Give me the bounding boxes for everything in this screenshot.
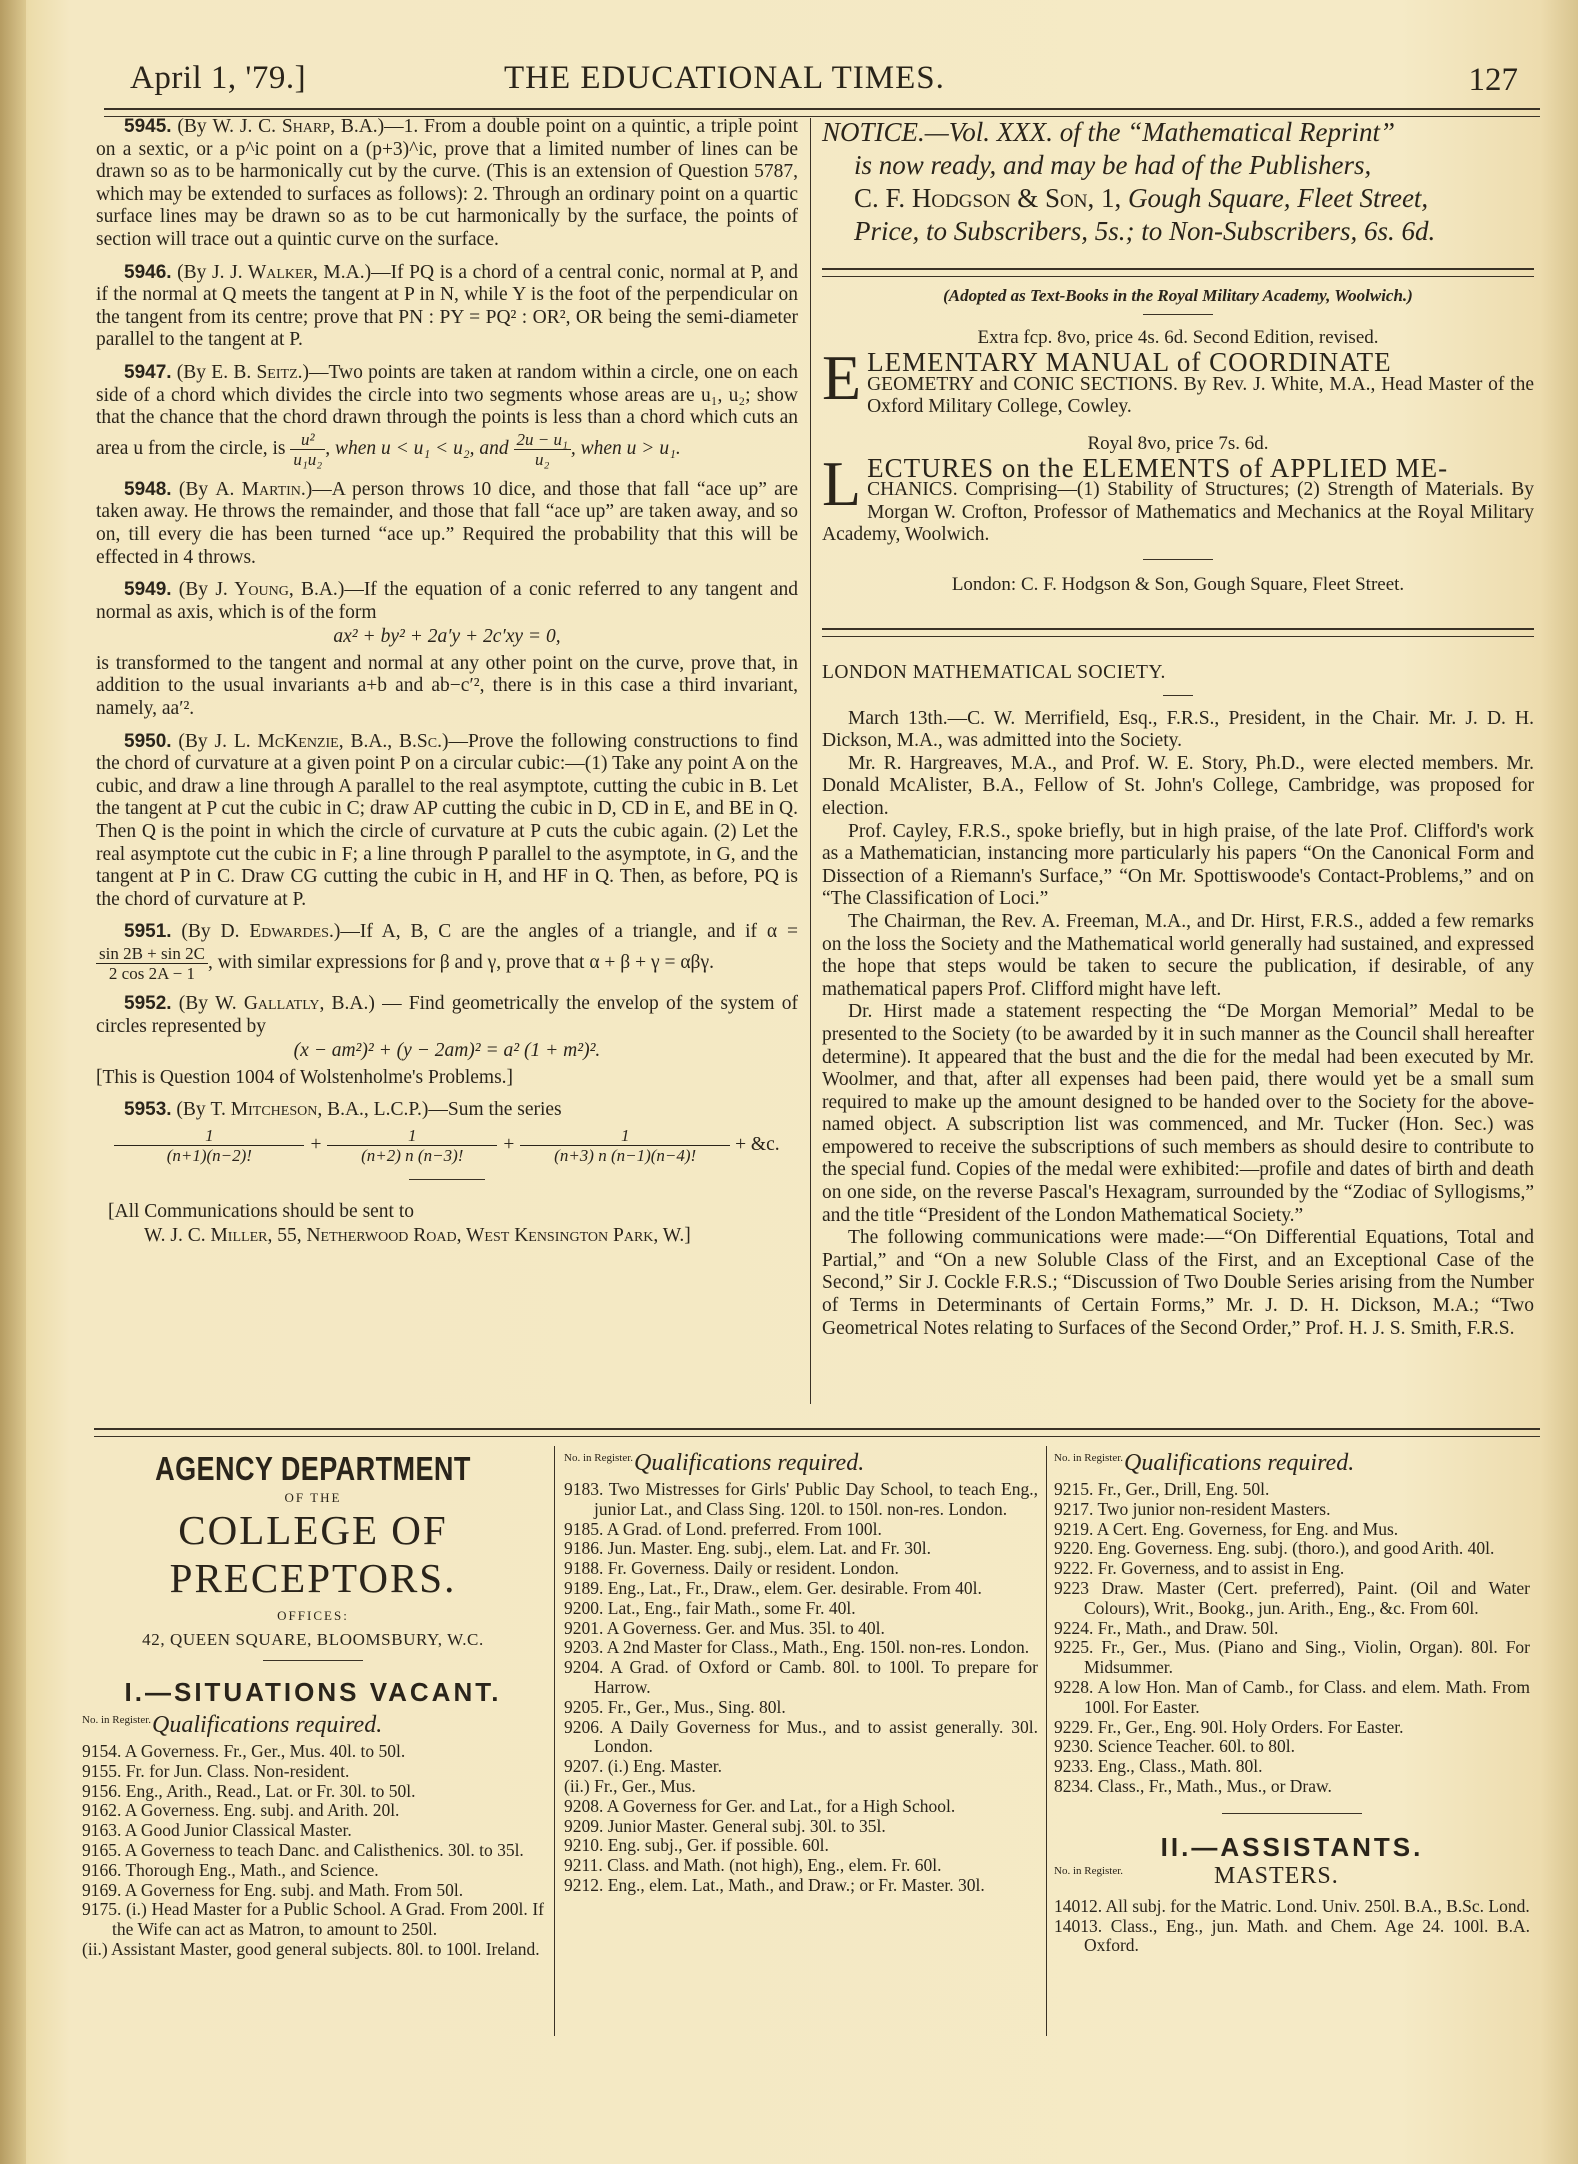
register-number: 9165. xyxy=(82,1840,121,1860)
publisher-line: London: C. F. Hodgson & Son, Gough Squar… xyxy=(822,574,1534,596)
list-item: 9162. A Governess. Eng. subj. and Arith.… xyxy=(82,1801,544,1821)
list-item: (ii.) Fr., Ger., Mus. xyxy=(564,1777,1038,1797)
qualification-text: A Governess. Ger. and Mus. 35l. to 40l. xyxy=(607,1618,885,1638)
qualification-text: A Grad. of Oxford or Camb. 80l. to 100l.… xyxy=(594,1657,1038,1697)
list-item: (ii.) Assistant Master, good general sub… xyxy=(82,1940,544,1960)
publication-title: THE EDUCATIONAL TIMES. xyxy=(504,60,945,97)
register-number: 9225. xyxy=(1054,1637,1093,1657)
list-item: 9201. A Governess. Ger. and Mus. 35l. to… xyxy=(564,1619,1038,1639)
list-item: 9217. Two junior non-resident Masters. xyxy=(1054,1500,1530,1520)
college-address: 42, QUEEN SQUARE, BLOOMSBURY, W.C. xyxy=(82,1630,544,1650)
qualification-text: Fr. for Jun. Class. Non-resident. xyxy=(126,1761,350,1781)
list-item: 9189. Eng., Lat., Fr., Draw., elem. Ger.… xyxy=(564,1579,1038,1599)
lms-paragraph: The Chairman, the Rev. A. Freeman, M.A.,… xyxy=(822,911,1534,1001)
qualification-text: (ii.) Assistant Master, good general sub… xyxy=(82,1939,540,1959)
list-item: 9207. (i.) Eng. Master. xyxy=(564,1757,1038,1777)
list-item: 9211. Class. and Math. (not high), Eng.,… xyxy=(564,1856,1038,1876)
register-number: 14012. xyxy=(1054,1896,1102,1916)
question-number: 5945. xyxy=(96,116,172,137)
column-header: No. in Register. Qualifications required… xyxy=(82,1712,544,1742)
list-item: 9188. Fr. Governess. Daily or resident. … xyxy=(564,1559,1038,1579)
book1-title: LEMENTARY MANUAL of COORDINATE xyxy=(822,351,1534,374)
list-item: 9206. A Daily Governess for Mus., and to… xyxy=(564,1718,1038,1758)
qualification-text: Fr. Governess, and to assist in Eng. xyxy=(1098,1558,1344,1578)
qualification-text: A Governess for Eng. subj. and Math. Fro… xyxy=(125,1880,463,1900)
list-item: 9205. Fr., Ger., Mus., Sing. 80l. xyxy=(564,1698,1038,1718)
list-item: 9210. Eng. subj., Ger. if possible. 60l. xyxy=(564,1836,1038,1856)
question-5951: 5951. (By D. Edwardes.)—If A, B, C are t… xyxy=(96,921,798,983)
qualification-text: Thorough Eng., Math., and Science. xyxy=(125,1860,378,1880)
masters-heading: MASTERS. xyxy=(1214,1863,1339,1890)
qualification-text: Eng. Governess. Eng. subj. (thoro.), and… xyxy=(1098,1538,1495,1558)
list-item: 9223 Draw. Master (Cert. preferred), Pai… xyxy=(1054,1579,1530,1619)
list-item: 9215. Fr., Ger., Drill, Eng. 50l. xyxy=(1054,1480,1530,1500)
equation: (x − am²)² + (y − 2am)² = a² (1 + m²)². xyxy=(96,1040,798,1063)
book2-edition: Royal 8vo, price 7s. 6d. xyxy=(822,433,1534,455)
register-number: 9185. xyxy=(564,1519,603,1539)
fraction: sin 2B + sin 2C2 cos 2A − 1 xyxy=(96,944,208,983)
agency-column-2: No. in Register. Qualifications required… xyxy=(564,1450,1038,1896)
list-item: 14013. Class., Eng., jun. Math. and Chem… xyxy=(1054,1917,1530,1957)
questions-column: 5945. (By W. J. C. Sharp, B.A.)—1. From … xyxy=(96,116,798,1248)
register-number: 9204. xyxy=(564,1657,603,1677)
question-5950: 5950. (By J. L. McKenzie, B.A., B.Sc.)—P… xyxy=(96,731,798,912)
register-number: 9223 xyxy=(1054,1578,1089,1598)
qualification-text: Junior Master. General subj. 30l. to 35l… xyxy=(608,1816,886,1836)
qualification-text: Eng., Class., Math. 80l. xyxy=(1098,1756,1263,1776)
qualification-text: Two junior non-resident Masters. xyxy=(1097,1499,1330,1519)
register-number: 8234. xyxy=(1054,1776,1093,1796)
lms-paragraph: The following communications were made:—… xyxy=(822,1227,1534,1340)
register-number: 9205. xyxy=(564,1697,603,1717)
qualification-text: Class., Fr., Math., Mus., or Draw. xyxy=(1098,1776,1332,1796)
book1-edition: Extra fcp. 8vo, price 4s. 6d. Second Edi… xyxy=(822,327,1534,349)
register-number: 9210. xyxy=(564,1835,603,1855)
question-5952: 5952. (By W. Gallatly, B.A.) — Find geom… xyxy=(96,993,798,1089)
register-number: 9175. xyxy=(82,1899,121,1919)
question-5953: 5953. (By T. Mitcheson, B.A., L.C.P.)—Su… xyxy=(96,1099,798,1165)
agency-column-3: No. in Register. Qualifications required… xyxy=(1054,1450,1530,1956)
qualification-text: Fr., Ger., Mus., Sing. 80l. xyxy=(608,1697,786,1717)
list-item: 9220. Eng. Governess. Eng. subj. (thoro.… xyxy=(1054,1539,1530,1559)
lms-paragraph: Mr. R. Hargreaves, M.A., and Prof. W. E.… xyxy=(822,753,1534,821)
question-note: [This is Question 1004 of Wolstenholme's… xyxy=(96,1067,798,1090)
agency-column-1: AGENCY DEPARTMENT OF THE COLLEGE OF PREC… xyxy=(82,1450,544,1960)
college-name: COLLEGE OF PRECEPTORS. xyxy=(82,1506,544,1602)
lms-paragraph: March 13th.—C. W. Merrifield, Esq., F.R.… xyxy=(822,708,1534,753)
newspaper-page: April 1, '79.] THE EDUCATIONAL TIMES. 12… xyxy=(0,0,1578,2164)
register-number: 9230. xyxy=(1054,1736,1093,1756)
section-divider xyxy=(409,1179,485,1180)
list-item: 9185. A Grad. of Lond. preferred. From 1… xyxy=(564,1520,1038,1540)
register-number: 9219. xyxy=(1054,1519,1093,1539)
register-number: 9154. xyxy=(82,1741,121,1761)
situations-vacant-heading: I.—SITUATIONS VACANT. xyxy=(82,1677,544,1708)
question-number: 5951. xyxy=(96,921,172,942)
column-header: No. in Register. Qualifications required… xyxy=(1054,1450,1530,1480)
qualification-text: A Grad. of Lond. preferred. From 100l. xyxy=(607,1519,882,1539)
qualification-text: A Cert. Eng. Governess, for Eng. and Mus… xyxy=(1097,1519,1398,1539)
register-number: 9220. xyxy=(1054,1538,1093,1558)
list-item: 9224. Fr., Math., and Draw. 50l. xyxy=(1054,1619,1530,1639)
series-formula: 1(n+1)(n−2)! + 1(n+2) n (n−3)! + 1(n+3) … xyxy=(96,1126,798,1165)
register-number: 9162. xyxy=(82,1800,121,1820)
qualification-text: Fr., Ger., Eng. 90l. Holy Orders. For Ea… xyxy=(1098,1717,1404,1737)
register-number: 9155. xyxy=(82,1761,121,1781)
list-item: 9229. Fr., Ger., Eng. 90l. Holy Orders. … xyxy=(1054,1718,1530,1738)
lms-paragraph: Prof. Cayley, F.R.S., spoke briefly, but… xyxy=(822,821,1534,911)
register-number: 9212. xyxy=(564,1875,603,1895)
qualification-text: (ii.) Fr., Ger., Mus. xyxy=(564,1776,696,1796)
qualification-text: Draw. Master (Cert. preferred), Paint. (… xyxy=(1084,1578,1530,1618)
book1-listing: E LEMENTARY MANUAL of COORDINATE GEOMETR… xyxy=(822,351,1534,419)
register-number: 9207. xyxy=(564,1756,603,1776)
question-number: 5948. xyxy=(96,479,172,500)
qualification-text: Jun. Master. Eng. subj., elem. Lat. and … xyxy=(608,1538,931,1558)
register-number: 9224. xyxy=(1054,1618,1093,1638)
register-number: 9208. xyxy=(564,1796,603,1816)
register-number: 9169. xyxy=(82,1880,121,1900)
register-number: 9209. xyxy=(564,1816,603,1836)
list-item: 9165. A Governess to teach Danc. and Cal… xyxy=(82,1841,544,1861)
list-item: 9156. Eng., Arith., Read., Lat. or Fr. 3… xyxy=(82,1782,544,1802)
list-item: 9209. Junior Master. General subj. 30l. … xyxy=(564,1817,1038,1837)
qualification-text: A 2nd Master for Class., Math., Eng. 150… xyxy=(607,1637,1029,1657)
register-number: 9156. xyxy=(82,1781,121,1801)
list-item: 9212. Eng., elem. Lat., Math., and Draw.… xyxy=(564,1876,1038,1896)
lms-report: LONDON MATHEMATICAL SOCIETY. March 13th.… xyxy=(822,662,1534,1340)
question-number: 5950. xyxy=(96,731,172,752)
agency-title: AGENCY DEPARTMENT xyxy=(124,1450,503,1488)
agency-column-divider xyxy=(554,1446,555,2036)
list-item: 9222. Fr. Governess, and to assist in En… xyxy=(1054,1559,1530,1579)
lms-paragraph: Dr. Hirst made a statement respecting th… xyxy=(822,1001,1534,1227)
register-number: 14013. xyxy=(1054,1916,1102,1936)
issue-date: April 1, '79.] xyxy=(130,60,306,97)
column-header: No. in Register. Qualifications required… xyxy=(564,1450,1038,1480)
qualification-text: Fr. Governess. Daily or resident. London… xyxy=(608,1558,899,1578)
vacancy-list: 9183. Two Mistresses for Girls' Public D… xyxy=(564,1480,1038,1896)
register-number: 9189. xyxy=(564,1578,603,1598)
question-5948: 5948. (By A. Martin.)—A person throws 10… xyxy=(96,479,798,569)
list-item: 9200. Lat., Eng., fair Math., some Fr. 4… xyxy=(564,1599,1038,1619)
lms-rule xyxy=(822,628,1534,637)
qualification-text: A Good Junior Classical Master. xyxy=(125,1820,352,1840)
list-item: 9166. Thorough Eng., Math., and Science. xyxy=(82,1861,544,1881)
register-number: 9186. xyxy=(564,1538,603,1558)
page-number: 127 xyxy=(1469,62,1519,99)
qualification-text: A Governess to teach Danc. and Calisthen… xyxy=(125,1840,524,1860)
list-item: 9154. A Governess. Fr., Ger., Mus. 40l. … xyxy=(82,1742,544,1762)
list-item: 9208. A Governess for Ger. and Lat., for… xyxy=(564,1797,1038,1817)
qualification-text: Class. and Math. (not high), Eng., elem.… xyxy=(607,1855,941,1875)
column-header: No. in Register. MASTERS. xyxy=(1054,1863,1530,1897)
list-item: 9175. (i.) Head Master for a Public Scho… xyxy=(82,1900,544,1940)
equation: ax² + by² + 2a′y + 2c′xy = 0, xyxy=(96,626,798,649)
lms-title: LONDON MATHEMATICAL SOCIETY. xyxy=(822,662,1534,685)
register-number: 9163. xyxy=(82,1820,121,1840)
register-number: 9228. xyxy=(1054,1677,1093,1697)
drop-cap: L xyxy=(822,457,861,511)
register-number: 9211. xyxy=(564,1855,603,1875)
vacancy-list: 9154. A Governess. Fr., Ger., Mus. 40l. … xyxy=(82,1742,544,1960)
page-binding-shadow xyxy=(0,0,26,2164)
fraction: 2u − u₁u₂ xyxy=(514,430,571,469)
list-item: 8234. Class., Fr., Math., Mus., or Draw. xyxy=(1054,1777,1530,1797)
register-number: 9206. xyxy=(564,1717,603,1737)
fraction: u²u₁u₂ xyxy=(290,430,325,469)
question-5945: 5945. (By W. J. C. Sharp, B.A.)—1. From … xyxy=(96,116,798,252)
qualification-text: A Governess. Eng. subj. and Arith. 20l. xyxy=(125,1800,400,1820)
qualification-text: Fr., Ger., Mus. (Piano and Sing., Violin… xyxy=(1084,1637,1530,1677)
qualification-text: (i.) Head Master for a Public School. A … xyxy=(112,1899,544,1939)
qualification-text: Fr., Math., and Draw. 50l. xyxy=(1098,1618,1279,1638)
qualification-text: A Daily Governess for Mus., and to assis… xyxy=(594,1717,1038,1757)
register-number: 9233. xyxy=(1054,1756,1093,1776)
list-item: 9183. Two Mistresses for Girls' Public D… xyxy=(564,1480,1038,1520)
register-number: 9200. xyxy=(564,1598,603,1618)
list-item: 9186. Jun. Master. Eng. subj., elem. Lat… xyxy=(564,1539,1038,1559)
list-item: 9228. A low Hon. Man of Camb., for Class… xyxy=(1054,1678,1530,1718)
book-advertisement: (Adopted as Text-Books in the Royal Mili… xyxy=(822,286,1534,596)
vacancy-list: 9215. Fr., Ger., Drill, Eng. 50l.9217. T… xyxy=(1054,1480,1530,1797)
communications-notice: [All Communications should be sent to W.… xyxy=(96,1200,798,1248)
right-column: NOTICE.—Vol. XXX. of the “Mathematical R… xyxy=(822,116,1534,248)
question-number: 5949. xyxy=(96,579,172,600)
question-5947: 5947. (By E. B. Seitz.)—Two points are t… xyxy=(96,362,798,469)
qualification-text: Lat., Eng., fair Math., some Fr. 40l. xyxy=(608,1598,856,1618)
question-number: 5953. xyxy=(96,1099,172,1120)
qualification-text: Two Mistresses for Girls' Public Day Sch… xyxy=(594,1479,1038,1519)
list-item: 9204. A Grad. of Oxford or Camb. 80l. to… xyxy=(564,1658,1038,1698)
register-number: 9215. xyxy=(1054,1479,1093,1499)
masters-list: 14012. All subj. for the Matric. Lond. U… xyxy=(1054,1897,1530,1956)
qualification-text: A low Hon. Man of Camb., for Class. and … xyxy=(1084,1677,1530,1717)
book2-title: ECTURES on the ELEMENTS of APPLIED ME- xyxy=(822,457,1534,480)
book2-listing: L ECTURES on the ELEMENTS of APPLIED ME-… xyxy=(822,457,1534,547)
register-number: 9183. xyxy=(564,1479,603,1499)
qualification-text: A Governess for Ger. and Lat., for a Hig… xyxy=(607,1796,955,1816)
reprint-notice: NOTICE.—Vol. XXX. of the “Mathematical R… xyxy=(822,116,1534,248)
register-number: 9222. xyxy=(1054,1558,1093,1578)
list-item: 9225. Fr., Ger., Mus. (Piano and Sing., … xyxy=(1054,1638,1530,1678)
register-number: 9203. xyxy=(564,1637,603,1657)
question-number: 5952. xyxy=(96,993,172,1014)
question-5949: 5949. (By J. Young, B.A.)—If the equatio… xyxy=(96,579,798,721)
register-number: 9166. xyxy=(82,1860,121,1880)
list-item: 9155. Fr. for Jun. Class. Non-resident. xyxy=(82,1762,544,1782)
qualification-text: Eng. subj., Ger. if possible. 60l. xyxy=(608,1835,829,1855)
qualification-text: Fr., Ger., Drill, Eng. 50l. xyxy=(1098,1479,1270,1499)
register-number: 9201. xyxy=(564,1618,603,1638)
list-item: 9219. A Cert. Eng. Governess, for Eng. a… xyxy=(1054,1520,1530,1540)
qualification-text: Eng., Lat., Fr., Draw., elem. Ger. desir… xyxy=(608,1578,982,1598)
page-header: April 1, '79.] THE EDUCATIONAL TIMES. 12… xyxy=(106,56,1538,108)
notice-rule xyxy=(822,268,1534,277)
list-item: 9169. A Governess for Eng. subj. and Mat… xyxy=(82,1881,544,1901)
question-number: 5946. xyxy=(96,262,172,283)
register-number: 9217. xyxy=(1054,1499,1093,1519)
list-item: 9230. Science Teacher. 60l. to 80l. xyxy=(1054,1737,1530,1757)
list-item: 9233. Eng., Class., Math. 80l. xyxy=(1054,1757,1530,1777)
list-item: 9203. A 2nd Master for Class., Math., En… xyxy=(564,1638,1038,1658)
qualification-text: Eng., elem. Lat., Math., and Draw.; or F… xyxy=(608,1875,985,1895)
assistants-heading: II.—ASSISTANTS. xyxy=(1054,1832,1530,1863)
column-divider xyxy=(810,118,811,1404)
list-item: 9163. A Good Junior Classical Master. xyxy=(82,1821,544,1841)
qualification-text: (i.) Eng. Master. xyxy=(608,1756,722,1776)
question-number: 5947. xyxy=(96,362,172,383)
list-item: 14012. All subj. for the Matric. Lond. U… xyxy=(1054,1897,1530,1917)
qualification-text: All subj. for the Matric. Lond. Univ. 25… xyxy=(1106,1896,1530,1916)
adopted-note: (Adopted as Text-Books in the Royal Mili… xyxy=(822,286,1534,306)
qualification-text: Class., Eng., jun. Math. and Chem. Age 2… xyxy=(1084,1916,1530,1956)
drop-cap: E xyxy=(822,351,861,405)
qualification-text: A Governess. Fr., Ger., Mus. 40l. to 50l… xyxy=(125,1741,406,1761)
agency-column-divider xyxy=(1046,1446,1047,2036)
qualification-text: Science Teacher. 60l. to 80l. xyxy=(1098,1736,1295,1756)
register-number: 9188. xyxy=(564,1558,603,1578)
agency-section-rule xyxy=(94,1428,1540,1437)
question-5946: 5946. (By J. J. Walker, M.A.)—If PQ is a… xyxy=(96,262,798,352)
register-number: 9229. xyxy=(1054,1717,1093,1737)
qualification-text: Eng., Arith., Read., Lat. or Fr. 30l. to… xyxy=(126,1781,416,1801)
